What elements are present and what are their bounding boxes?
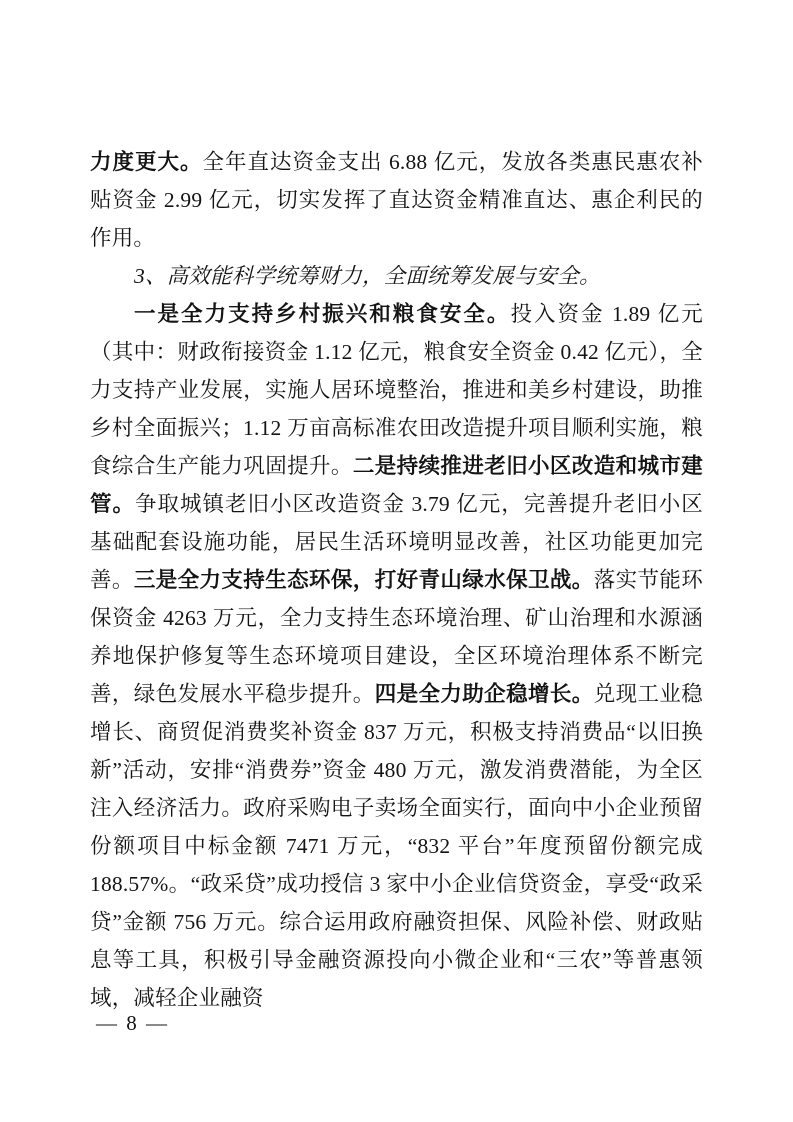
- page-number: — 8 —: [96, 1007, 169, 1039]
- section-heading-3: 3、高效能科学统筹财力，全面统筹发展与安全。: [90, 257, 703, 295]
- text-run: 投入资金 1.89 亿元（其中：财政衔接资金 1.12 亿元，粮食安全资金 0.…: [90, 302, 703, 478]
- paragraph-continuation: 力度更大。全年直达资金支出 6.88 亿元，发放各类惠民惠农补贴资金 2.99 …: [90, 143, 703, 257]
- text-run-emphasis: 四是全力助企稳增长。: [375, 682, 594, 706]
- document-page: 力度更大。全年直达资金支出 6.88 亿元，发放各类惠民惠农补贴资金 2.99 …: [0, 0, 793, 1122]
- document-body: 力度更大。全年直达资金支出 6.88 亿元，发放各类惠民惠农补贴资金 2.99 …: [90, 143, 703, 1017]
- text-run-emphasis: 一是全力支持乡村振兴和粮食安全。: [134, 302, 510, 326]
- paragraph-main: 一是全力支持乡村振兴和粮食安全。投入资金 1.89 亿元（其中：财政衔接资金 1…: [90, 295, 703, 1017]
- text-run: 3、高效能科学统筹财力，全面统筹发展与安全。: [134, 264, 601, 288]
- text-run: 兑现工业稳增长、商贸促消费奖补资金 837 万元，积极支持消费品“以旧换新”活动…: [90, 682, 703, 1010]
- text-run-emphasis: 力度更大。: [90, 150, 203, 174]
- text-run-emphasis: 三是全力支持生态环保，打好青山绿水保卫战。: [134, 568, 594, 592]
